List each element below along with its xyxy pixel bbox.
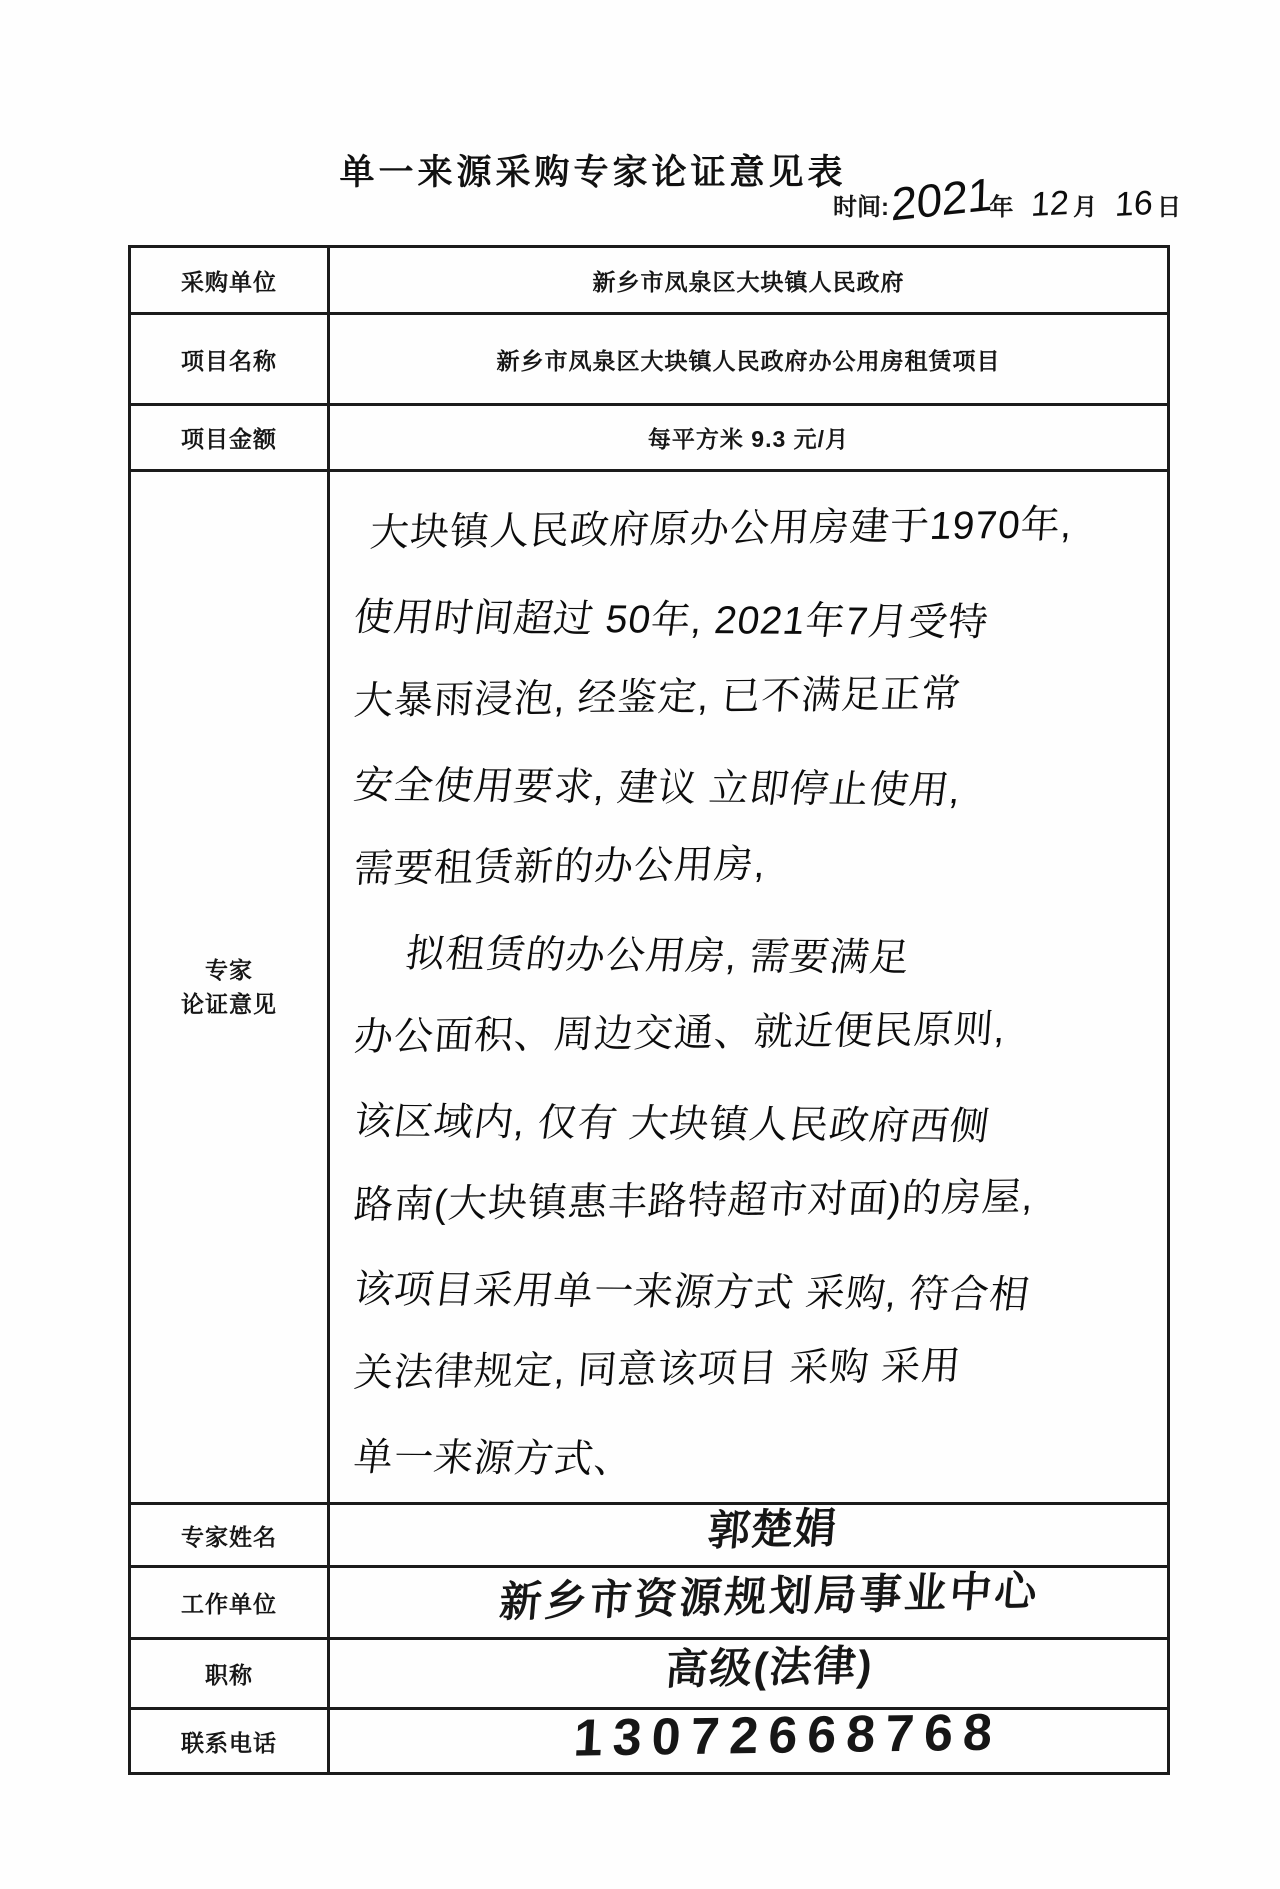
table-row-title-rank: 职称 高级(法律): [130, 1639, 1169, 1709]
purchasing-unit-value: 新乡市凤泉区大块镇人民政府: [329, 247, 1169, 314]
table-row-expert-opinion: 专家 论证意见 大块镇人民政府原办公用房建于1970年, 使用时间超过 50年,…: [130, 471, 1169, 1504]
handwritten-day-value: 16: [1114, 186, 1154, 222]
expert-opinion-cell: 大块镇人民政府原办公用房建于1970年, 使用时间超过 50年, 2021年7月…: [329, 471, 1169, 1504]
handwritten-month-value: 12: [1030, 186, 1070, 222]
title-rank-label: 职称: [130, 1639, 329, 1709]
table-row-project-name: 项目名称 新乡市凤泉区大块镇人民政府办公用房租赁项目: [130, 314, 1169, 405]
work-unit-label: 工作单位: [130, 1567, 329, 1639]
opinion-line: 大块镇人民政府原办公用房建于1970年,: [351, 482, 1170, 576]
opinion-line: 关法律规定, 同意该项目 采购 采用: [351, 1322, 1170, 1416]
opinion-line: 需要租赁新的办公用房,: [351, 818, 1170, 912]
month-unit-label: 月: [1073, 187, 1097, 222]
date-line: 时间: 2021 年 12 月 16 日: [833, 176, 1181, 222]
scanned-form-page: 单一来源采购专家论证意见表 时间: 2021 年 12 月 16 日 采购单位 …: [0, 0, 1280, 1889]
project-name-label: 项目名称: [130, 314, 329, 405]
project-amount-label: 项目金额: [130, 405, 329, 471]
expert-opinion-label: 专家 论证意见: [130, 471, 329, 1504]
phone-label: 联系电话: [130, 1709, 329, 1774]
handwritten-phone-number: 13072668768: [327, 1697, 1171, 1774]
day-unit-label: 日: [1157, 187, 1181, 222]
expert-opinion-label-line1: 专家: [131, 953, 327, 987]
opinion-line: 路南(大块镇惠丰路特超市对面)的房屋,: [351, 1154, 1170, 1248]
opinion-line: 办公面积、周边交通、就近便民原则,: [351, 986, 1170, 1080]
project-name-value: 新乡市凤泉区大块镇人民政府办公用房租赁项目: [329, 314, 1169, 405]
opinion-line: 大暴雨浸泡, 经鉴定, 已不满足正常: [351, 650, 1170, 744]
purchasing-unit-label: 采购单位: [130, 247, 329, 314]
table-row-phone: 联系电话 13072668768: [130, 1709, 1169, 1774]
handwritten-year-value: 2021: [890, 170, 993, 227]
table-row-project-amount: 项目金额 每平方米 9.3 元/月: [130, 405, 1169, 471]
date-prefix-label: 时间:: [833, 187, 889, 222]
opinion-form-table: 采购单位 新乡市凤泉区大块镇人民政府 项目名称 新乡市凤泉区大块镇人民政府办公用…: [128, 245, 1170, 1775]
project-amount-value: 每平方米 9.3 元/月: [329, 405, 1169, 471]
handwritten-opinion-text: 大块镇人民政府原办公用房建于1970年, 使用时间超过 50年, 2021年7月…: [330, 474, 1167, 1500]
table-row-purchasing-unit: 采购单位 新乡市凤泉区大块镇人民政府: [130, 247, 1169, 314]
expert-name-label: 专家姓名: [130, 1504, 329, 1567]
expert-opinion-label-line2: 论证意见: [131, 987, 327, 1021]
